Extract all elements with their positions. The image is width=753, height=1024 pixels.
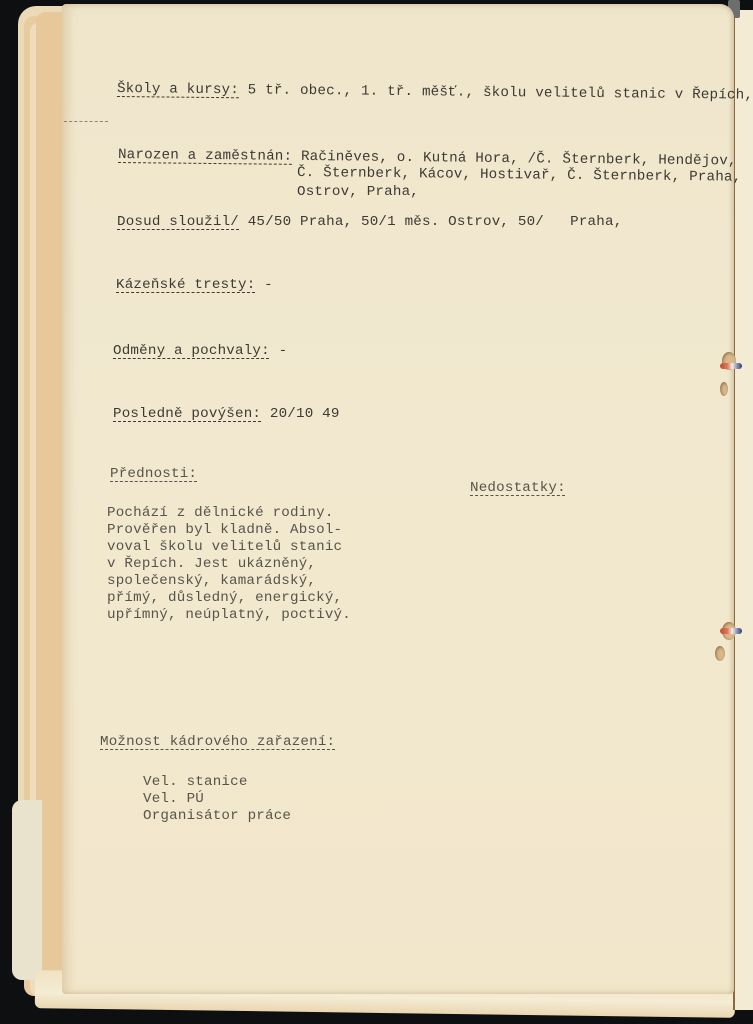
stacked-page-edge [12,800,42,980]
last-promoted-row: Posledně povýšen: 20/10 49 [113,405,340,423]
strengths-line: voval školu velitelů stanic [107,539,342,555]
last-promoted-label: Posledně povýšen: [113,406,261,422]
schools-label: Školy a kursy: [117,81,239,98]
binder-thread-icon [720,363,742,369]
disciplinary-row: Kázeňské tresty: - [116,276,273,294]
strengths-line: přímý, důsledný, energický, [107,590,342,606]
born-employed-label: Narozen a zaměstnán: [118,147,292,165]
binder-hole-icon [720,382,728,396]
binder-thread-icon [720,628,742,634]
strengths-line: Prověřen byl kladně. Absol- [107,522,342,538]
strengths-text: Pochází z dělnické rodiny. Prověřen byl … [107,488,351,624]
served-row: Dosud sloužil/ 45/50 Praha, 50/1 měs. Os… [117,213,622,231]
placement-item: Vel. stanice [143,774,248,790]
binder-hole-icon [715,646,725,661]
disciplinary-label: Kázeňské tresty: [116,277,255,293]
strengths-label: Přednosti: [110,465,197,483]
strengths-line: Pochází z dělnické rodiny. [107,505,334,521]
rewards-value: - [279,343,288,359]
born-employed-line-3: Ostrov, Praha, [297,183,419,201]
rewards-row: Odměny a pochvaly: - [113,342,287,360]
strengths-line: společenský, kamarádský, [107,573,316,589]
weaknesses-label: Nedostatky: [470,479,566,497]
scanned-document: Školy a kursy: 5 tř. obec., 1. tř. měšť.… [0,0,753,1024]
margin-rule [64,121,108,122]
served-label: Dosud sloužil/ [117,214,239,230]
placement-item: Vel. PÚ [143,791,204,807]
last-promoted-value: 20/10 49 [270,406,340,422]
disciplinary-value: - [264,277,273,293]
placement-list: Vel. stanice Vel. PÚ Organisátor práce [143,757,291,825]
strengths-line: upřímný, neúplatný, poctivý. [107,607,351,623]
strengths-line: v Řepích. Jest ukázněný, [107,556,316,572]
rewards-label: Odměny a pochvaly: [113,343,270,359]
placement-label: Možnost kádrového zařazení: [100,733,335,751]
placement-item: Organisátor práce [143,808,291,824]
served-value: 45/50 Praha, 50/1 měs. Ostrov, 50/ Praha… [248,214,623,230]
